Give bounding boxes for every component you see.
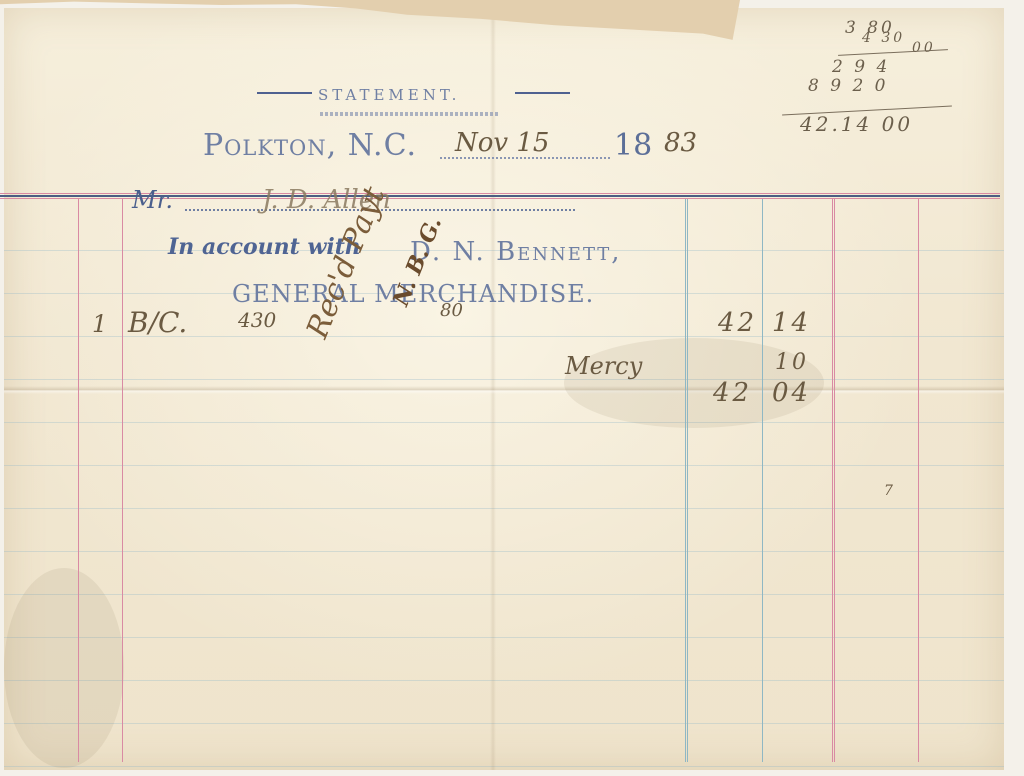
balance-cents: 04 — [772, 378, 811, 408]
margin-rule-1 — [78, 199, 79, 762]
entry-dollars: 42 — [718, 308, 757, 338]
cents-column-rule — [762, 199, 763, 762]
handwritten-date: Nov 15 — [455, 128, 549, 158]
calc-line-4: 2 9 4 — [832, 57, 890, 77]
entry-cents: 14 — [772, 308, 811, 338]
statement-title: STATEMENT. — [318, 86, 460, 104]
calc-line-5: 8 9 2 0 — [808, 76, 888, 96]
balance-dollars: 42 — [713, 378, 752, 408]
town-name: Polkton, N.C. — [203, 128, 417, 163]
horizontal-fold-crease — [4, 386, 1004, 394]
merchant-name: D. N. Bennett, — [410, 237, 622, 267]
right-ornament-icon — [515, 92, 570, 94]
left-ornament-icon — [257, 92, 312, 94]
calc-line-2: 4 30 — [862, 30, 905, 46]
calc-line-3: 00 — [912, 40, 936, 56]
corner-stain — [4, 568, 124, 768]
margin-rule-2 — [122, 199, 123, 762]
entry-mercy-cents: 10 — [775, 350, 809, 375]
entry-mercy: Mercy — [565, 352, 642, 380]
total-column-rule — [832, 199, 835, 762]
right-margin-rule — [918, 199, 919, 762]
mr-label: Mr. — [132, 186, 173, 214]
margin-note: 7 — [884, 483, 893, 499]
year-suffix: 83 — [664, 128, 697, 158]
year-prefix: 18 — [614, 128, 652, 163]
entry-amount-b: 80 — [440, 300, 463, 321]
calc-total: 42.14 00 — [800, 112, 913, 136]
title-underline — [320, 112, 500, 116]
entry-qty: 1 — [92, 310, 107, 338]
dollars-column-rule — [685, 199, 688, 762]
entry-item: B/C. — [128, 306, 187, 339]
entry-amount-a: 430 — [238, 308, 276, 332]
